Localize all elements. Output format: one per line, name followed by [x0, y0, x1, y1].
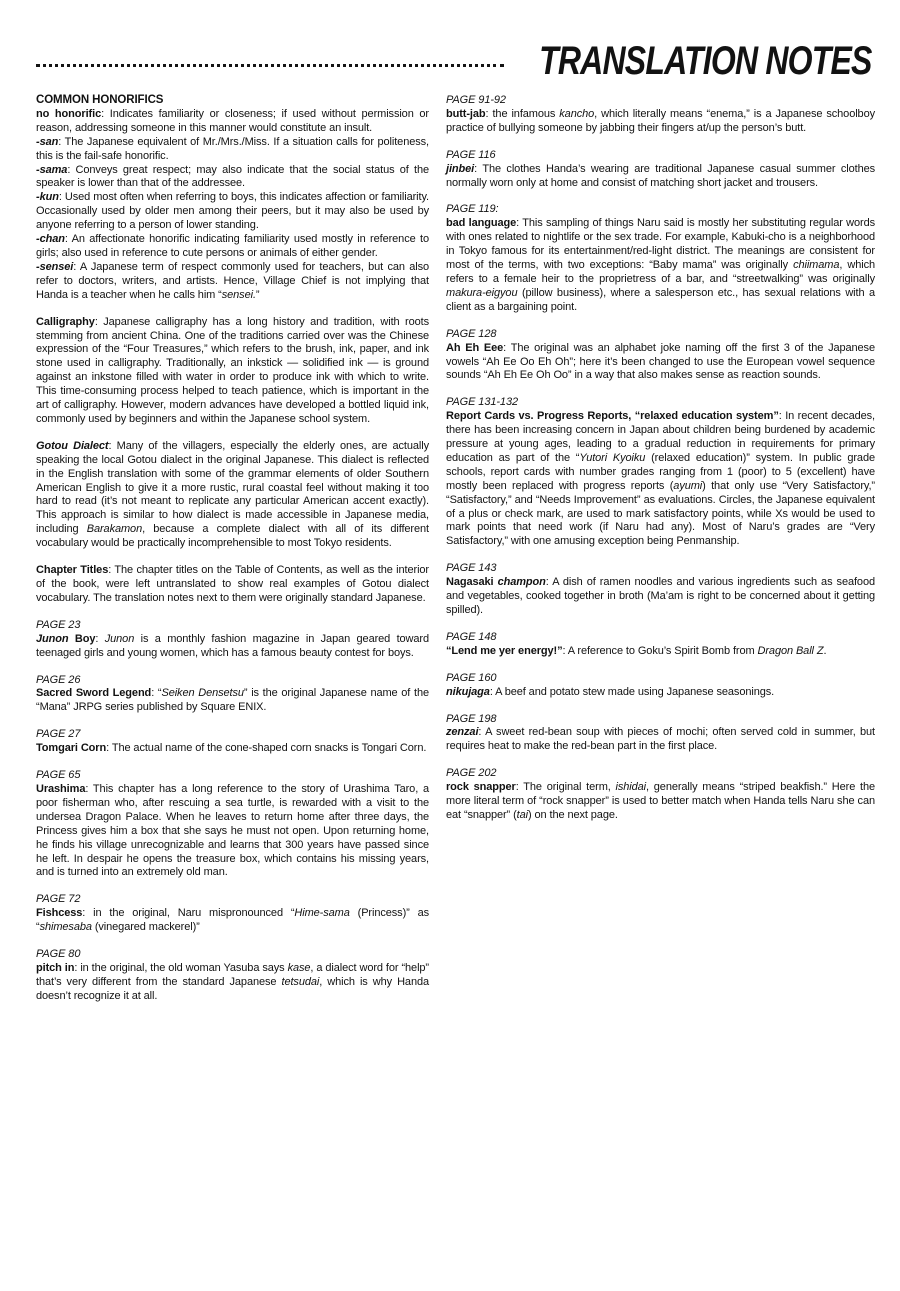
- text-segment: Chapter Titles: [36, 564, 108, 576]
- page-header: TRANSLATION NOTES: [0, 0, 900, 86]
- page-label: PAGE 116: [446, 149, 875, 163]
- dotted-leader: [36, 64, 504, 67]
- note-text: rock snapper: The original term, ishidai…: [446, 781, 875, 823]
- text-segment: Calligraphy: [36, 316, 95, 328]
- text-segment: ayumi: [673, 480, 702, 492]
- note-text: Report Cards vs. Progress Reports, “rela…: [446, 410, 875, 549]
- note-entry: -sama: Conveys great respect; may also i…: [36, 164, 429, 192]
- note-text: Urashima: This chapter has a long refere…: [36, 783, 429, 880]
- note-text: Ah Eh Eee: The original was an alphabet …: [446, 342, 875, 384]
- text-segment: : in the original, Naru mispronounced “: [82, 907, 294, 919]
- text-segment: Seiken Densetsu: [161, 687, 243, 699]
- note-entry: PAGE 119:bad language: This sampling of …: [446, 203, 875, 314]
- page-label: PAGE 119:: [446, 203, 875, 217]
- text-segment: : Japanese calligraphy has a long histor…: [36, 316, 429, 425]
- note-entry: -sensei: A Japanese term of respect comm…: [36, 261, 429, 303]
- text-segment: ”: [256, 289, 260, 301]
- note-entry: Chapter Titles: The chapter titles on th…: [36, 564, 429, 606]
- note-entry: PAGE 116jinbei: The clothes Handa’s wear…: [446, 149, 875, 191]
- text-segment: tai: [517, 809, 528, 821]
- text-segment: Report Cards vs. Progress Reports, “rela…: [446, 410, 779, 422]
- note-entry: PAGE 27Tomgari Corn: The actual name of …: [36, 728, 429, 756]
- text-segment: : Conveys great respect; may also indica…: [36, 164, 429, 190]
- text-segment: : A sweet red-bean soup with pieces of m…: [446, 726, 875, 752]
- text-segment: butt-jab: [446, 108, 486, 120]
- text-segment: : “: [151, 687, 161, 699]
- text-segment: : in the original, the old woman Yasuba …: [74, 962, 287, 974]
- note-text: Chapter Titles: The chapter titles on th…: [36, 564, 429, 606]
- note-text: Nagasaki champon: A dish of ramen noodle…: [446, 576, 875, 618]
- page-label: PAGE 26: [36, 674, 429, 688]
- text-segment: Hime-sama: [294, 907, 349, 919]
- text-segment: (vinegared mackerel)”: [92, 921, 200, 933]
- note-text: -san: The Japanese equivalent of Mr./Mrs…: [36, 136, 429, 164]
- note-text: -chan: An affectionate honorific indicat…: [36, 233, 429, 261]
- text-segment: shimesaba: [40, 921, 92, 933]
- note-entry: Calligraphy: Japanese calligraphy has a …: [36, 316, 429, 427]
- note-entry: PAGE 65Urashima: This chapter has a long…: [36, 769, 429, 880]
- text-segment: zenzai: [446, 726, 478, 738]
- text-segment: : Many of the villagers, especially the …: [36, 440, 429, 535]
- text-segment: Urashima: [36, 783, 85, 795]
- page-label: PAGE 143: [446, 562, 875, 576]
- note-entry: -kun: Used most often when referring to …: [36, 191, 429, 233]
- text-segment: Fishcess: [36, 907, 82, 919]
- text-segment: ishidai: [616, 781, 647, 793]
- text-segment: : The clothes Handa’s wearing are tradit…: [446, 163, 875, 189]
- text-segment: kase: [288, 962, 311, 974]
- note-entry: -chan: An affectionate honorific indicat…: [36, 233, 429, 261]
- note-text: jinbei: The clothes Handa’s wearing are …: [446, 163, 875, 191]
- text-segment: : The actual name of the cone-shaped cor…: [106, 742, 426, 754]
- note-text: no honorific: Indicates familiarity or c…: [36, 108, 429, 136]
- text-segment: : A reference to Goku’s Spirit Bomb from: [563, 645, 758, 657]
- text-segment: : A beef and potato stew made using Japa…: [490, 686, 774, 698]
- notes-body: COMMON HONORIFICSno honorific: Indicates…: [0, 86, 900, 1004]
- text-segment: bad language: [446, 217, 516, 229]
- note-text: Fishcess: in the original, Naru misprono…: [36, 907, 429, 935]
- text-segment: chiimama: [793, 259, 839, 271]
- text-segment: Ah Eh Eee: [446, 342, 503, 354]
- text-segment: Sacred Sword Legend: [36, 687, 151, 699]
- note-text: Junon Boy: Junon is a monthly fashion ma…: [36, 633, 429, 661]
- page-title: TRANSLATION NOTES: [540, 41, 872, 81]
- text-segment: Barakamon: [87, 523, 142, 535]
- text-segment: pitch in: [36, 962, 74, 974]
- note-entry: PAGE 91-92butt-jab: the infamous kancho,…: [446, 94, 875, 136]
- text-segment: : The original was an alphabet joke nami…: [446, 342, 875, 382]
- page-label: PAGE 27: [36, 728, 429, 742]
- text-segment: :: [95, 633, 104, 645]
- text-segment: Dragon Ball Z: [758, 645, 824, 657]
- note-text: zenzai: A sweet red-bean soup with piece…: [446, 726, 875, 754]
- text-segment: Tomgari Corn: [36, 742, 106, 754]
- text-segment: -sensei: [36, 261, 73, 273]
- page-label: PAGE 91-92: [446, 94, 875, 108]
- note-text: butt-jab: the infamous kancho, which lit…: [446, 108, 875, 136]
- note-text: pitch in: in the original, the old woman…: [36, 962, 429, 1004]
- note-text: Calligraphy: Japanese calligraphy has a …: [36, 316, 429, 427]
- text-segment: : The Japanese equivalent of Mr./Mrs./Mi…: [36, 136, 429, 162]
- note-entry: no honorific: Indicates familiarity or c…: [36, 108, 429, 136]
- note-text: -kun: Used most often when referring to …: [36, 191, 429, 233]
- text-segment: no honorific: [36, 108, 101, 120]
- note-text: Tomgari Corn: The actual name of the con…: [36, 742, 429, 756]
- right-column: PAGE 91-92butt-jab: the infamous kancho,…: [446, 94, 875, 1004]
- note-entry: -san: The Japanese equivalent of Mr./Mrs…: [36, 136, 429, 164]
- note-text: -sama: Conveys great respect; may also i…: [36, 164, 429, 192]
- left-column: COMMON HONORIFICSno honorific: Indicates…: [36, 94, 429, 1004]
- text-segment: -chan: [36, 233, 65, 245]
- note-entry: PAGE 131-132Report Cards vs. Progress Re…: [446, 396, 875, 549]
- note-entry: PAGE 202rock snapper: The original term,…: [446, 767, 875, 823]
- note-text: Sacred Sword Legend: “Seiken Densetsu” i…: [36, 687, 429, 715]
- note-text: nikujaga: A beef and potato stew made us…: [446, 686, 875, 700]
- text-segment: nikujaga: [446, 686, 490, 698]
- note-text: -sensei: A Japanese term of respect comm…: [36, 261, 429, 303]
- note-text: bad language: This sampling of things Na…: [446, 217, 875, 314]
- text-segment: “Lend me yer energy!”: [446, 645, 563, 657]
- text-segment: Boy: [69, 633, 96, 645]
- text-segment: : The original term,: [516, 781, 616, 793]
- text-segment: sensei.: [222, 289, 256, 301]
- note-entry: PAGE 143Nagasaki champon: A dish of rame…: [446, 562, 875, 618]
- page-label: PAGE 160: [446, 672, 875, 686]
- note-entry: PAGE 198zenzai: A sweet red-bean soup wi…: [446, 713, 875, 755]
- note-entry: PAGE 23Junon Boy: Junon is a monthly fas…: [36, 619, 429, 661]
- page-label: PAGE 65: [36, 769, 429, 783]
- note-entry: PAGE 160nikujaga: A beef and potato stew…: [446, 672, 875, 700]
- page-label: PAGE 128: [446, 328, 875, 342]
- text-segment: kancho: [559, 108, 594, 120]
- text-segment: tetsudai: [282, 976, 320, 988]
- text-segment: rock snapper: [446, 781, 516, 793]
- section-heading: COMMON HONORIFICS: [36, 94, 429, 108]
- note-entry: PAGE 80pitch in: in the original, the ol…: [36, 948, 429, 1004]
- text-segment: jinbei: [446, 163, 474, 175]
- text-segment: Nagasaki: [446, 576, 498, 588]
- text-segment: .: [823, 645, 826, 657]
- text-segment: -san: [36, 136, 58, 148]
- page-label: PAGE 80: [36, 948, 429, 962]
- note-entry: PAGE 148“Lend me yer energy!”: A referen…: [446, 631, 875, 659]
- text-segment: makura-eigyou: [446, 287, 517, 299]
- page-label: PAGE 131-132: [446, 396, 875, 410]
- page-label: PAGE 148: [446, 631, 875, 645]
- note-entry: PAGE 72Fishcess: in the original, Naru m…: [36, 893, 429, 935]
- text-segment: -kun: [36, 191, 59, 203]
- note-text: “Lend me yer energy!”: A reference to Go…: [446, 645, 875, 659]
- text-segment: : This chapter has a long reference to t…: [36, 783, 429, 878]
- text-segment: -sama: [36, 164, 67, 176]
- text-segment: champon: [498, 576, 546, 588]
- text-segment: ) on the next page.: [528, 809, 618, 821]
- page-label: PAGE 72: [36, 893, 429, 907]
- text-segment: : An affectionate honorific indicating f…: [36, 233, 429, 259]
- text-segment: : the infamous: [486, 108, 560, 120]
- note-text: Gotou Dialect: Many of the villagers, es…: [36, 440, 429, 551]
- text-segment: Gotou Dialect: [36, 440, 108, 452]
- page-label: PAGE 198: [446, 713, 875, 727]
- note-entry: Gotou Dialect: Many of the villagers, es…: [36, 440, 429, 551]
- translation-notes-page: TRANSLATION NOTES COMMON HONORIFICSno ho…: [0, 0, 900, 1291]
- text-segment: Junon: [105, 633, 134, 645]
- page-label: PAGE 202: [446, 767, 875, 781]
- note-entry: PAGE 26Sacred Sword Legend: “Seiken Dens…: [36, 674, 429, 716]
- text-segment: : Used most often when referring to boys…: [36, 191, 429, 231]
- page-label: PAGE 23: [36, 619, 429, 633]
- note-entry: PAGE 128Ah Eh Eee: The original was an a…: [446, 328, 875, 384]
- text-segment: Junon: [36, 633, 69, 645]
- text-segment: Yutori Kyoiku: [579, 452, 645, 464]
